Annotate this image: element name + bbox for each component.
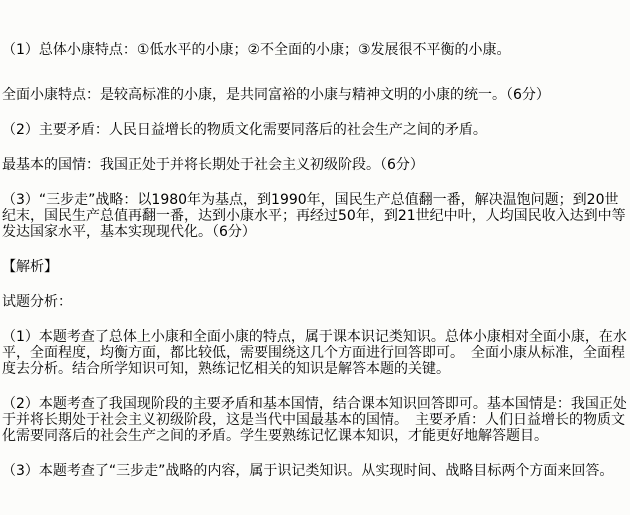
analysis-subheader: 试题分析： xyxy=(2,294,629,310)
answer-paragraph-2: 全面小康特点：是较高标准的小康，是共同富裕的小康与精神文明的小康的统一。（6分） xyxy=(2,87,629,103)
document: （1）总体小康特点：①低水平的小康；②不全面的小康；③发展很不平衡的小康。 全面… xyxy=(0,0,630,515)
analysis-paragraph-3: （3）本题考查了“三步走”战略的内容，属于识记类知识。从实现时间、战略目标两个方… xyxy=(2,463,629,479)
analysis-header: 【解析】 xyxy=(2,259,629,275)
answer-paragraph-3: （2）主要矛盾：人民日益增长的物质文化需要同落后的社会生产之间的矛盾。 xyxy=(2,122,629,138)
analysis-paragraph-2: （2）本题考查了我国现阶段的主要矛盾和基本国情，结合课本知识回答即可。基本国情是… xyxy=(2,396,629,444)
page: { "page": { "background_color": "#fcfcfa… xyxy=(0,0,630,515)
answer-paragraph-4: 最基本的国情：我国正处于并将长期处于社会主义初级阶段。（6分） xyxy=(2,157,629,173)
answer-paragraph-5: （3）“三步走”战略：以1980年为基点，到1990年，国民生产总值翻一番，解决… xyxy=(2,192,629,240)
analysis-paragraph-1: （1）本题考查了总体上小康和全面小康的特点，属于课本识记类知识。总体小康相对全面… xyxy=(2,329,629,377)
answer-paragraph-1: （1）总体小康特点：①低水平的小康；②不全面的小康；③发展很不平衡的小康。 xyxy=(2,42,629,58)
